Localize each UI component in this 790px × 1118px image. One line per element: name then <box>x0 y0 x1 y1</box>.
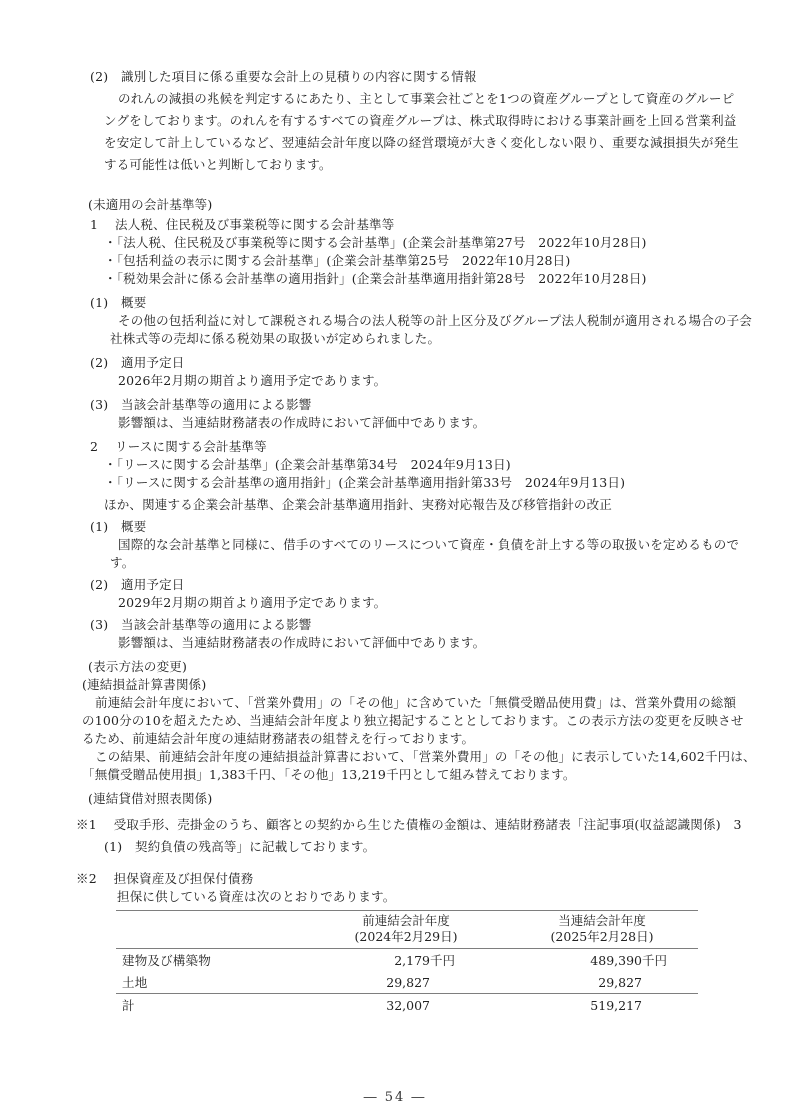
standard-2-overview-body: 国際的な会計基準と同様に、借手のすべてのリースについて資産・負債を計上する等の取… <box>0 536 790 572</box>
text-line: のれんの減損の兆候を判定するにあたり、主として事業会社ごとを1つの資産グループと… <box>0 88 790 110</box>
standard-2-application-date-body: 2029年2月期の期首より適用予定であります。 <box>0 594 790 612</box>
significant-estimates-paragraph: のれんの減損の兆候を判定するにあたり、主として事業会社ごとを1つの資産グループと… <box>0 88 790 176</box>
text-line: (3) 当該会計基準等の適用による影響 <box>0 616 790 634</box>
text-line: (未適用の会計基準等) <box>0 196 790 214</box>
text-line: 前連結会計年度において、「営業外費用」の「その他」に含めていた「無償受贈品使用費… <box>0 694 790 712</box>
text-line: この結果、前連結会計年度の連結損益計算書において、「営業外費用」の「その他」に表… <box>0 748 790 766</box>
standard-1-overview-heading: (1) 概要 <box>0 294 790 312</box>
table-header-row: 前連結会計年度 (2024年2月29日) 当連結会計年度 (2025年2月28日… <box>116 911 698 949</box>
curr-unit: 千円 <box>642 951 672 969</box>
note-2-heading: ※2 担保資産及び担保付債務 <box>0 870 790 888</box>
prev-value-cell: 32,007 <box>306 994 506 1017</box>
text-line: ・「リースに関する会計基準の適用指針」(企業会計基準適用指針第33号 2024年… <box>0 474 790 492</box>
curr-value-cell: 29,827 <box>506 971 698 994</box>
text-line: (1) 契約負債の残高等」に記載しております。 <box>0 836 790 858</box>
prev-period-date: (2024年2月29日) <box>306 929 506 945</box>
pl-statement-heading: (連結損益計算書関係) <box>0 676 790 694</box>
standard-2-bullets: ・「リースに関する会計基準」(企業会計基準第34号 2024年9月13日)・「リ… <box>0 456 790 492</box>
standard-1-impact-body: 影響額は、当連結財務諸表の作成時において評価中であります。 <box>0 414 790 432</box>
text-line: (連結損益計算書関係) <box>0 676 790 694</box>
standard-2-application-date-heading: (2) 適用予定日 <box>0 576 790 594</box>
text-line: その他の包括利益に対して課税される場合の法人税等の計上区分及びグループ法人税制が… <box>0 312 790 330</box>
pl-statement-paragraph-2: この結果、前連結会計年度の連結損益計算書において、「営業外費用」の「その他」に表… <box>0 748 790 784</box>
text-line: (2) 適用予定日 <box>0 354 790 372</box>
standard-1-heading: 1 法人税、住民税及び事業税等に関する会計基準等 <box>0 216 790 234</box>
collateral-assets-table: 前連結会計年度 (2024年2月29日) 当連結会計年度 (2025年2月28日… <box>116 910 698 1016</box>
prev-value-cell: 29,827 <box>306 971 506 994</box>
standard-1-impact-heading: (3) 当該会計基準等の適用による影響 <box>0 396 790 414</box>
text-line: の100分の10を超えたため、当連結会計年度より独立掲記することとしております。… <box>0 712 790 730</box>
text-line: 「無償受贈品使用損」1,383千円、「その他」13,219千円として組み替えてお… <box>0 766 790 784</box>
significant-estimates-heading: (2) 識別した項目に係る重要な会計上の見積りの内容に関する情報 <box>0 66 790 88</box>
standard-2-impact-heading: (3) 当該会計基準等の適用による影響 <box>0 616 790 634</box>
curr-period-date: (2025年2月28日) <box>506 929 698 945</box>
table-row-buildings: 建物及び構築物 2,179 千円 489,390 千円 <box>116 949 698 972</box>
text-line: 影響額は、当連結財務諸表の作成時において評価中であります。 <box>0 634 790 652</box>
note-1: ※1 受取手形、売掛金のうち、顧客との契約から生じた債権の金額は、連結財務諸表「… <box>0 814 790 858</box>
balance-sheet-heading: (連結貸借対照表関係) <box>0 790 790 808</box>
prev-unit: 千円 <box>430 951 460 969</box>
text-line: 1 法人税、住民税及び事業税等に関する会計基準等 <box>0 216 790 234</box>
curr-value-cell: 489,390 千円 <box>506 949 698 972</box>
table-header-prev-period: 前連結会計年度 (2024年2月29日) <box>306 911 506 949</box>
text-line: する可能性は低いと判断しております。 <box>0 154 790 176</box>
table-header-curr-period: 当連結会計年度 (2025年2月28日) <box>506 911 698 949</box>
curr-value: 519,217 <box>506 998 642 1013</box>
curr-value-cell: 519,217 <box>506 994 698 1017</box>
standard-1-overview-body: その他の包括利益に対して課税される場合の法人税等の計上区分及びグループ法人税制が… <box>0 312 790 348</box>
standard-1-bullets: ・「法人税、住民税及び事業税等に関する会計基準」(企業会計基準第27号 2022… <box>0 234 790 288</box>
text-line: (1) 概要 <box>0 294 790 312</box>
curr-value: 29,827 <box>506 975 642 990</box>
note-2-caption: 担保に供している資産は次のとおりであります。 <box>0 888 790 906</box>
text-line: (1) 概要 <box>0 518 790 536</box>
standard-2-heading: 2 リースに関する会計基準等 <box>0 438 790 456</box>
prev-value: 2,179 <box>306 953 430 968</box>
text-line: 2029年2月期の期首より適用予定であります。 <box>0 594 790 612</box>
pl-statement-paragraph-1: 前連結会計年度において、「営業外費用」の「その他」に含めていた「無償受贈品使用費… <box>0 694 790 748</box>
document-page: (2) 識別した項目に係る重要な会計上の見積りの内容に関する情報のれんの減損の兆… <box>0 0 790 1105</box>
prev-value-cell: 2,179 千円 <box>306 949 506 972</box>
text-line: 国際的な会計基準と同様に、借手のすべてのリースについて資産・負債を計上する等の取… <box>0 536 790 554</box>
standard-2-overview-heading: (1) 概要 <box>0 518 790 536</box>
text-line: 2 リースに関する会計基準等 <box>0 438 790 456</box>
text-line: ※1 受取手形、売掛金のうち、顧客との契約から生じた債権の金額は、連結財務諸表「… <box>0 814 790 836</box>
row-label: 建物及び構築物 <box>116 949 306 972</box>
standard-1-application-date-body: 2026年2月期の期首より適用予定であります。 <box>0 372 790 390</box>
text-line: 社株式等の売却に係る税効果の取扱いが定められました。 <box>0 330 790 348</box>
text-line: ※2 担保資産及び担保付債務 <box>0 870 790 888</box>
text-line: (2) 識別した項目に係る重要な会計上の見積りの内容に関する情報 <box>0 66 790 88</box>
text-line: ・「包括利益の表示に関する会計基準」(企業会計基準第25号 2022年10月28… <box>0 252 790 270</box>
text-line: (3) 当該会計基準等の適用による影響 <box>0 396 790 414</box>
presentation-change-heading: (表示方法の変更) <box>0 658 790 676</box>
text-line: (表示方法の変更) <box>0 658 790 676</box>
standard-2-note: ほか、関連する企業会計基準、企業会計基準適用指針、実務対応報告及び移管指針の改正 <box>0 496 790 514</box>
text-line: ほか、関連する企業会計基準、企業会計基準適用指針、実務対応報告及び移管指針の改正 <box>0 496 790 514</box>
table-header-item-blank <box>116 911 306 949</box>
text-line: す。 <box>0 554 790 572</box>
page-number: ― 54 ― <box>0 1090 790 1105</box>
text-line: ・「法人税、住民税及び事業税等に関する会計基準」(企業会計基準第27号 2022… <box>0 234 790 252</box>
text-line: (2) 適用予定日 <box>0 576 790 594</box>
prev-value: 29,827 <box>306 975 430 990</box>
row-label: 土地 <box>116 971 306 994</box>
text-line: ・「税効果会計に係る会計基準の適用指針」(企業会計基準適用指針第28号 2022… <box>0 270 790 288</box>
text-line: を安定して計上しているなど、翌連結会計年度以降の経営環境が大きく変化しない限り、… <box>0 132 790 154</box>
text-line: ングをしております。のれんを有するすべての資産グループは、株式取得時における事業… <box>0 110 790 132</box>
text-line: 担保に供している資産は次のとおりであります。 <box>0 888 790 906</box>
curr-value: 489,390 <box>506 953 642 968</box>
text-line: 2026年2月期の期首より適用予定であります。 <box>0 372 790 390</box>
text-line: 影響額は、当連結財務諸表の作成時において評価中であります。 <box>0 414 790 432</box>
standard-1-application-date-heading: (2) 適用予定日 <box>0 354 790 372</box>
curr-period-title: 当連結会計年度 <box>506 913 698 929</box>
text-line: るため、前連結会計年度の連結財務諸表の組替えを行っております。 <box>0 730 790 748</box>
row-label: 計 <box>116 994 306 1017</box>
unapplied-standards-heading: (未適用の会計基準等) <box>0 196 790 214</box>
table-row-total: 計 32,007 519,217 <box>116 994 698 1017</box>
text-line: (連結貸借対照表関係) <box>0 790 790 808</box>
prev-period-title: 前連結会計年度 <box>306 913 506 929</box>
standard-2-impact-body: 影響額は、当連結財務諸表の作成時において評価中であります。 <box>0 634 790 652</box>
notes-text-content: (2) 識別した項目に係る重要な会計上の見積りの内容に関する情報のれんの減損の兆… <box>0 66 790 906</box>
text-line: ・「リースに関する会計基準」(企業会計基準第34号 2024年9月13日) <box>0 456 790 474</box>
table-row-land: 土地 29,827 29,827 <box>116 971 698 994</box>
prev-value: 32,007 <box>306 998 430 1013</box>
